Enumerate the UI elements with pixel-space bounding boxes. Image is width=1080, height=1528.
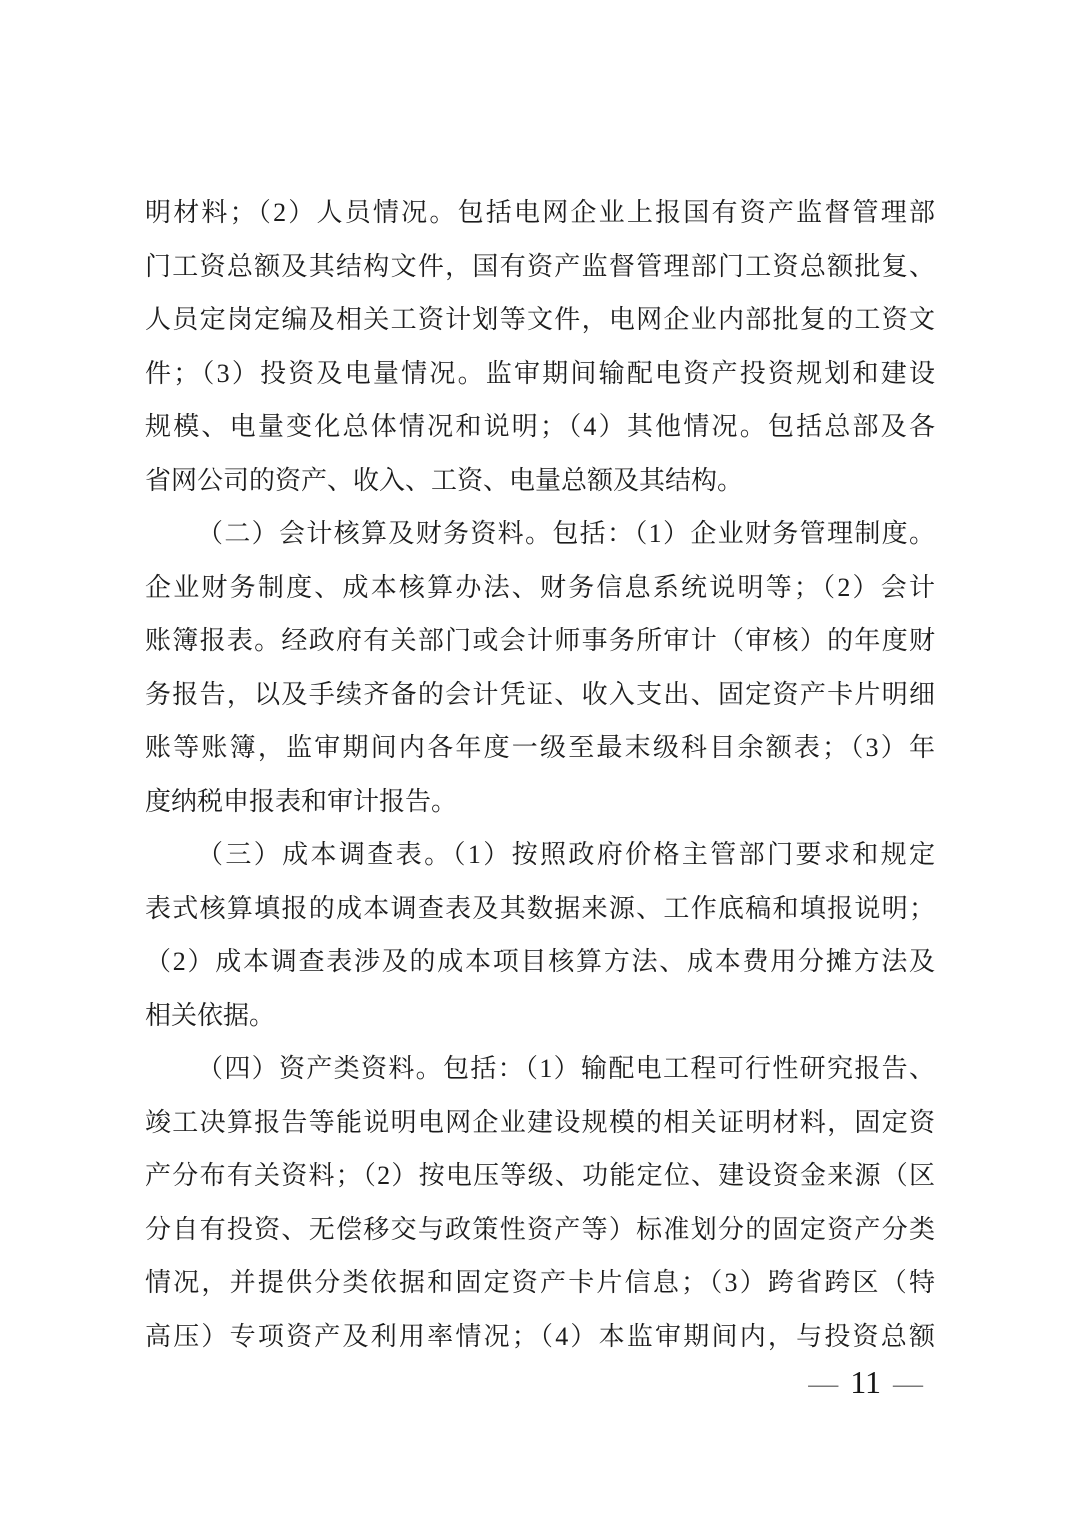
text-line: 人员定岗定编及相关工资计划等文件，电网企业内部批复的工资文 [145,293,935,347]
text-line: （2）成本调查表涉及的成本项目核算方法、成本费用分摊方法及 [145,935,935,989]
text-line: （二）会计核算及财务资料。包括：（1）企业财务管理制度。 [145,507,935,561]
text-line: 企业财务制度、成本核算办法、财务信息系统说明等；（2）会计 [145,561,935,615]
text-line: 账簿报表。经政府有关部门或会计师事务所审计（审核）的年度财 [145,614,935,668]
text-line: 竣工决算报告等能说明电网企业建设规模的相关证明材料，固定资 [145,1096,935,1150]
footer-dash-left: — [808,1367,838,1400]
document-body: 明材料；（2）人员情况。包括电网企业上报国有资产监督管理部 门工资总额及其结构文… [145,186,935,1363]
text-line: 分自有投资、无偿移交与政策性资产等）标准划分的固定资产分类 [145,1203,935,1257]
text-line: 情况，并提供分类依据和固定资产卡片信息；（3）跨省跨区（特 [145,1256,935,1310]
text-line: 规模、电量变化总体情况和说明；（4）其他情况。包括总部及各 [145,400,935,454]
text-line: 件；（3）投资及电量情况。监审期间输配电资产投资规划和建设 [145,347,935,401]
text-line: 相关依据。 [145,989,935,1043]
text-line: 务报告，以及手续齐备的会计凭证、收入支出、固定资产卡片明细 [145,668,935,722]
text-line: 高压）专项资产及利用率情况；（4）本监审期间内，与投资总额 [145,1310,935,1364]
page-footer: —11— [796,1360,935,1404]
text-line: 度纳税申报表和审计报告。 [145,775,935,829]
footer-dash-right: — [893,1367,923,1400]
text-line: 表式核算填报的成本调查表及其数据来源、工作底稿和填报说明； [145,882,935,936]
text-line: 门工资总额及其结构文件，国有资产监督管理部门工资总额批复、 [145,240,935,294]
document-page: 明材料；（2）人员情况。包括电网企业上报国有资产监督管理部 门工资总额及其结构文… [0,0,1080,1528]
text-line: 明材料；（2）人员情况。包括电网企业上报国有资产监督管理部 [145,186,935,240]
text-line: （四）资产类资料。包括：（1）输配电工程可行性研究报告、 [145,1042,935,1096]
text-line: 产分布有关资料；（2）按电压等级、功能定位、建设资金来源（区 [145,1149,935,1203]
text-line: 账等账簿，监审期间内各年度一级至最末级科目余额表；（3）年 [145,721,935,775]
page-number: 11 [850,1364,881,1400]
text-line: （三）成本调查表。（1）按照政府价格主管部门要求和规定 [145,828,935,882]
text-line: 省网公司的资产、收入、工资、电量总额及其结构。 [145,454,935,508]
